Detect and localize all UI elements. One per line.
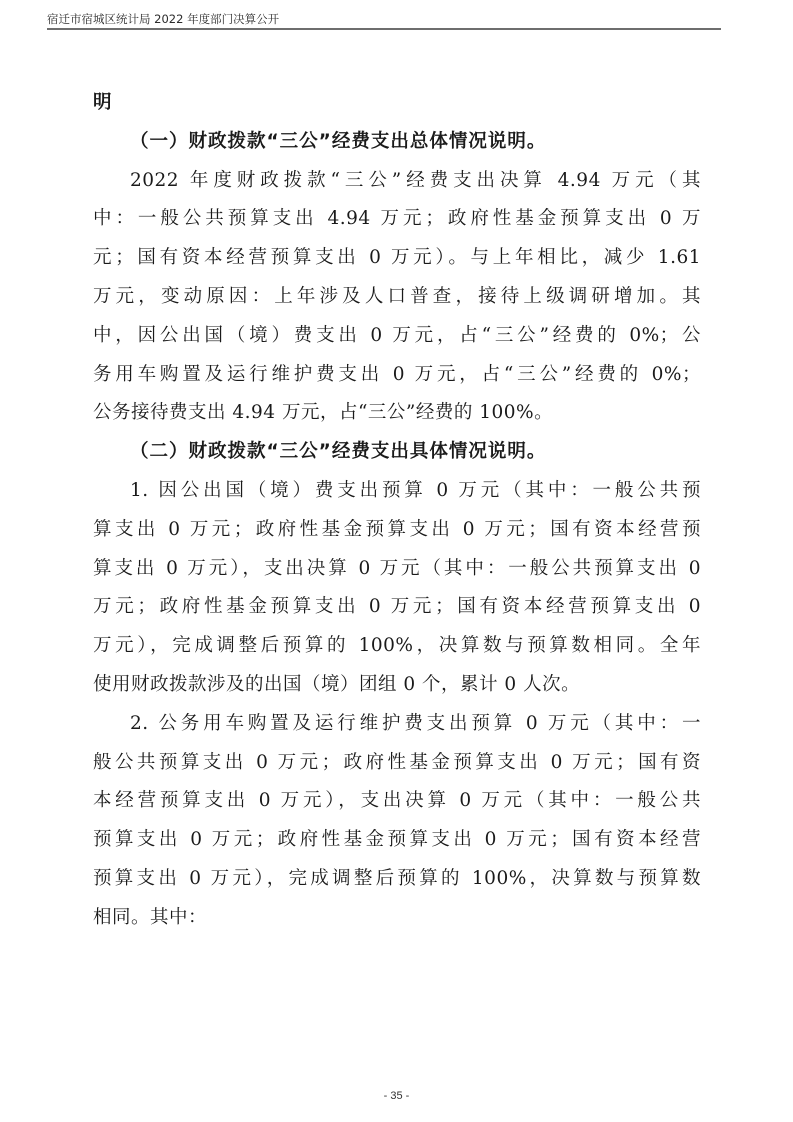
paragraph-line: 公务接待费支出 4.94 万元，占“三公”经费的 100%。 <box>93 394 701 433</box>
section-heading-2: （二）财政拨款“三公”经费支出具体情况说明。 <box>93 433 701 472</box>
paragraph-line: 元；国有资本经营预算支出 0 万元）。与上年相比，减少 1.61 <box>93 239 701 278</box>
paragraph-line: 算支出 0 万元），支出决算 0 万元（其中：一般公共预算支出 0 <box>93 550 701 589</box>
paragraph-line: 万元），完成调整后预算的 100%，决算数与预算数相同。全年 <box>93 627 701 666</box>
paragraph-line: 预算支出 0 万元），完成调整后预算的 100%，决算数与预算数 <box>93 860 701 899</box>
paragraph-line: 中：一般公共预算支出 4.94 万元；政府性基金预算支出 0 万 <box>93 200 701 239</box>
paragraph-line: 1. 因公出国（境）费支出预算 0 万元（其中：一般公共预 <box>93 472 701 511</box>
header-divider <box>47 28 721 30</box>
paragraph-line: 相同。其中： <box>93 899 701 938</box>
paragraph-line: 本经营预算支出 0 万元），支出决算 0 万元（其中：一般公共 <box>93 782 701 821</box>
section-heading-1: （一）财政拨款“三公”经费支出总体情况说明。 <box>93 123 701 162</box>
paragraph-line: 算支出 0 万元；政府性基金预算支出 0 万元；国有资本经营预 <box>93 511 701 550</box>
document-body: 明 （一）财政拨款“三公”经费支出总体情况说明。 2022 年度财政拨款“三公”… <box>93 84 701 938</box>
paragraph-line: 2022 年度财政拨款“三公”经费支出决算 4.94 万元（其 <box>93 162 701 201</box>
paragraph-line: 使用财政拨款涉及的出国（境）团组 0 个，累计 0 人次。 <box>93 666 701 705</box>
paragraph-line: 般公共预算支出 0 万元；政府性基金预算支出 0 万元；国有资 <box>93 744 701 783</box>
paragraph-line: 预算支出 0 万元；政府性基金预算支出 0 万元；国有资本经营 <box>93 821 701 860</box>
paragraph-line: 万元；政府性基金预算支出 0 万元；国有资本经营预算支出 0 <box>93 588 701 627</box>
continued-heading-fragment: 明 <box>93 84 701 123</box>
paragraph-line: 中，因公出国（境）费支出 0 万元，占“三公”经费的 0%；公 <box>93 317 701 356</box>
paragraph-line: 2. 公务用车购置及运行维护费支出预算 0 万元（其中：一 <box>93 705 701 744</box>
page-number: - 35 - <box>0 1090 793 1102</box>
paragraph-line: 务用车购置及运行维护费支出 0 万元，占“三公”经费的 0%； <box>93 356 701 395</box>
document-title: 宿迁市宿城区统计局 2022 年度部门决算公开 <box>47 11 279 27</box>
paragraph-line: 万元，变动原因：上年涉及人口普查，接待上级调研增加。其 <box>93 278 701 317</box>
page-header: 宿迁市宿城区统计局 2022 年度部门决算公开 <box>47 11 721 29</box>
